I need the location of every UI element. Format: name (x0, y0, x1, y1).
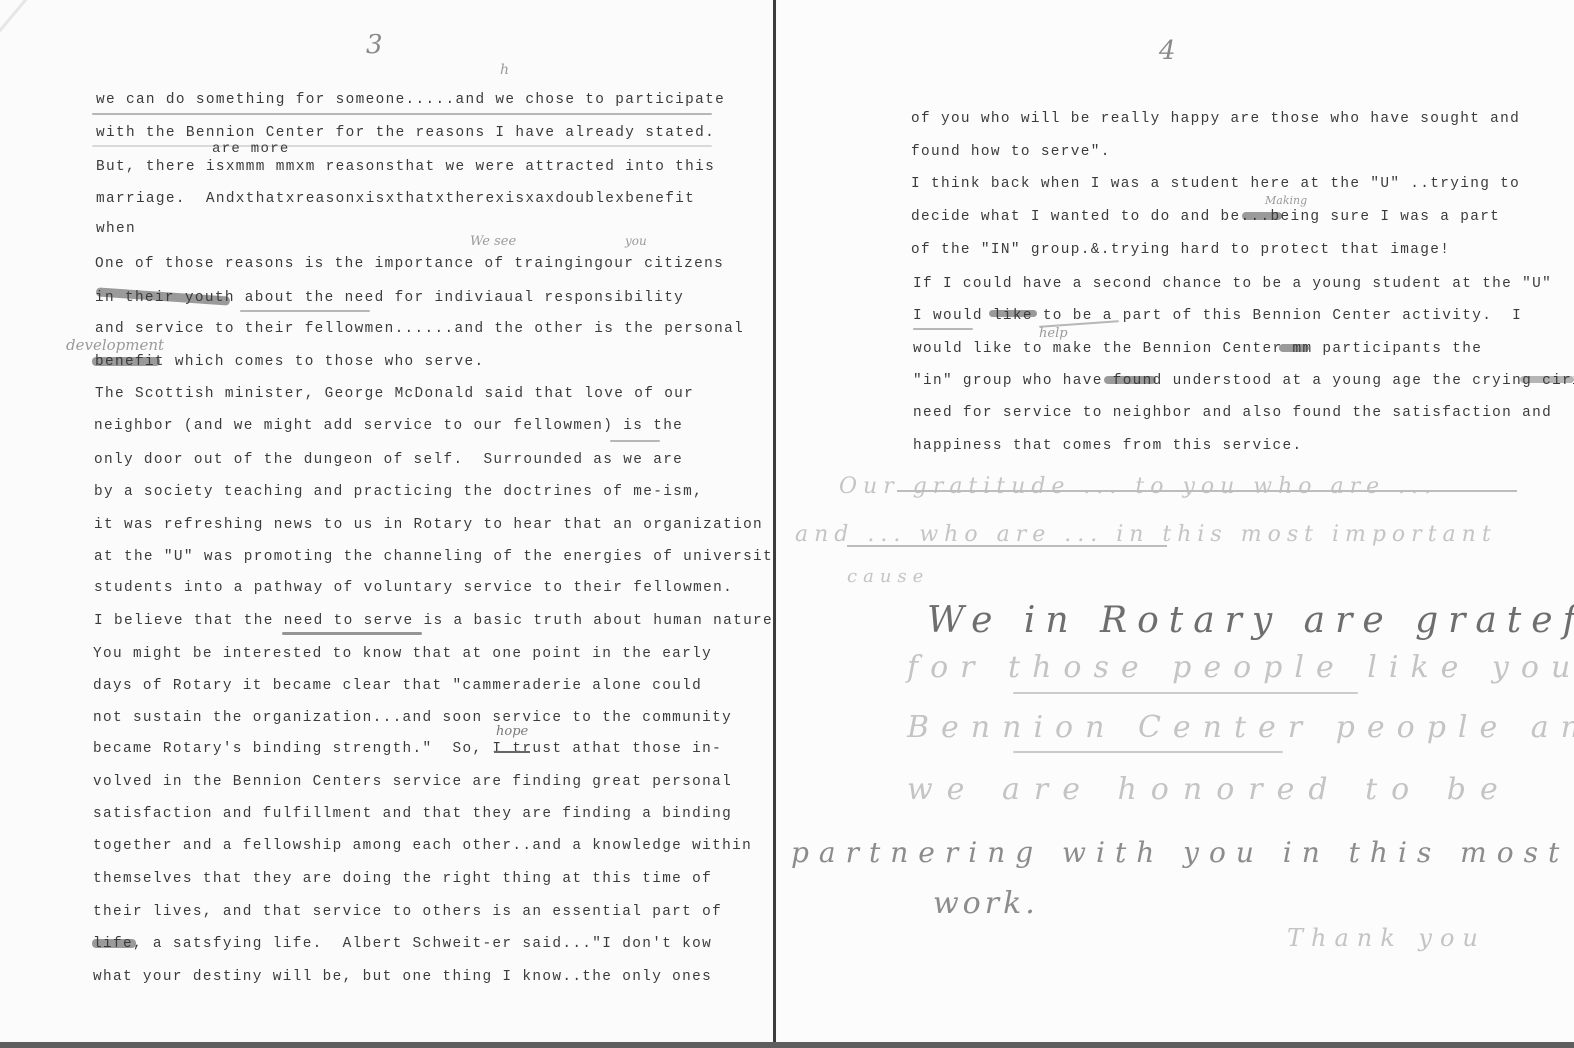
text-line: of the "IN" group.&.trying hard to prote… (911, 242, 1450, 258)
pencil-underline (913, 328, 973, 330)
text-line: became Rotary's binding strength." So, I… (93, 741, 722, 757)
text-line: of you who will be really happy are thos… (911, 111, 1520, 127)
handwriting-line: for those people like you (907, 650, 1574, 685)
text-line: students into a pathway of voluntary ser… (94, 580, 733, 596)
handwriting-line: work. (933, 886, 1039, 921)
text-line: it was refreshing news to us in Rotary t… (94, 517, 763, 533)
crossed-out-handwriting: and ... who are ... in this most importa… (795, 522, 1497, 547)
page-divider (773, 0, 776, 1048)
text-line: satisfaction and fulfillment and that th… (93, 806, 732, 822)
pencil-underline (610, 440, 660, 442)
pencil-underline (282, 632, 422, 635)
handwriting-strikeout (847, 545, 1167, 547)
ink-strikeout (494, 751, 530, 753)
text-line: with the Bennion Center for the reasons … (96, 125, 715, 141)
text-line: not sustain the organization...and soon … (93, 710, 732, 726)
text-line: their lives, and that service to others … (93, 904, 722, 920)
text-line: happiness that comes from this service. (913, 438, 1302, 454)
typed-insert: are more (212, 141, 290, 157)
pencil-underline (92, 113, 712, 115)
page-bottom-edge (0, 1042, 1574, 1048)
pencil-underline (240, 310, 370, 312)
text-line: "in" group who have found understood at … (913, 373, 1574, 389)
text-line: themselves that they are doing the right… (93, 871, 712, 887)
text-line: need for service to neighbor and also fo… (913, 405, 1552, 421)
handwritten-note: hope (496, 724, 528, 739)
crossed-out-handwriting: Our gratitude ... to you who are ... (839, 474, 1437, 499)
text-line: we can do something for someone.....and … (96, 92, 725, 108)
text-line: by a society teaching and practicing the… (94, 484, 703, 500)
handwriting-line: we are honored to be (907, 772, 1512, 807)
handwritten-note: you (625, 234, 647, 248)
text-line: what your destiny will be, but one thing… (93, 969, 712, 985)
right-page: 4 of you who will be really happy are th… (777, 0, 1574, 1042)
handwritten-note: h (500, 62, 509, 78)
text-line: at the "U" was promoting the channeling … (94, 549, 774, 565)
text-line-struck: when (96, 221, 136, 237)
text-line: found how to serve". (911, 144, 1111, 160)
text-line: together and a fellowship among each oth… (93, 838, 752, 854)
text-line: days of Rotary it became clear that "cam… (93, 678, 702, 694)
text-line: But, there isxmmm mmxm reasonsthat we we… (96, 159, 715, 175)
pencil-underline (1013, 692, 1358, 694)
text-line: If I could have a second chance to be a … (913, 276, 1552, 292)
text-line: The Scottish minister, George McDonald s… (95, 386, 694, 402)
text-line: One of those reasons is the importance o… (95, 256, 724, 272)
handwriting-line: partnering with you in this most importa… (791, 836, 1574, 869)
pencil-underline (92, 145, 712, 147)
crossed-out-handwriting: cause (847, 566, 929, 587)
handwritten-note: help (1039, 326, 1068, 341)
text-line: only door out of the dungeon of self. Su… (94, 452, 683, 468)
handwriting-line: We in Rotary are grateful (927, 600, 1574, 641)
handwriting-line: Bennion Center people and (907, 710, 1574, 745)
text-line: neighbor (and we might add service to ou… (94, 418, 683, 434)
handwritten-note: Making (1265, 194, 1307, 207)
pencil-underline (1013, 751, 1283, 753)
text-line: benefit which comes to those who serve. (95, 354, 484, 370)
page-number: 3 (366, 30, 383, 60)
paper-crease (0, 0, 31, 42)
text-line: I would like to be a part of this Bennio… (913, 308, 1522, 324)
text-line: I believe that the need to serve is a ba… (94, 613, 774, 629)
handwritten-note: We see (470, 234, 516, 249)
text-line: volved in the Bennion Centers service ar… (93, 774, 732, 790)
text-line: and service to their fellowmen......and … (95, 321, 744, 337)
text-line: I think back when I was a student here a… (911, 176, 1520, 192)
text-line: life, a satsfying life. Albert Schweit-e… (93, 936, 712, 952)
left-page: 3 h we can do something for someone.....… (0, 0, 774, 1042)
text-line: You might be interested to know that at … (93, 646, 712, 662)
text-line-struck: marriage. Andxthatxreasonxisxthatxtherex… (96, 191, 695, 207)
text-line: decide what I wanted to do and be...bein… (911, 209, 1500, 225)
page-number: 4 (1159, 36, 1176, 66)
handwritten-note: development (66, 336, 164, 354)
text-line: would like to make the Bennion Center mm… (913, 341, 1482, 357)
text-line: in their youth about the need for indivi… (95, 290, 684, 306)
sign-off: Thank you (1287, 924, 1486, 952)
handwriting-strikeout (897, 490, 1517, 492)
